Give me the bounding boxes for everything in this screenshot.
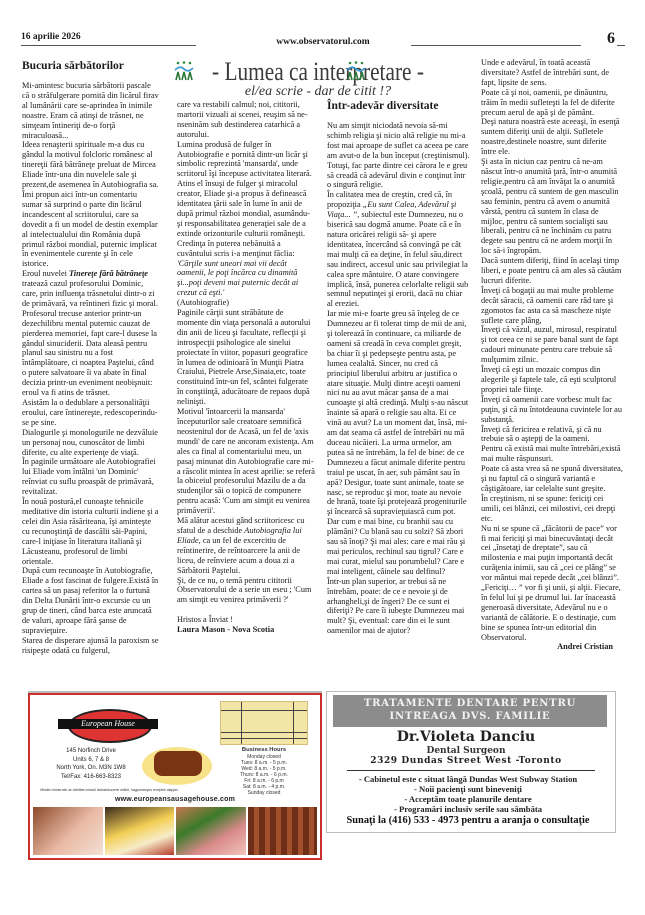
article-title: Într-adevăr diversitate — [327, 100, 470, 113]
paragraph: Credinţa în puterea nebănuită a cuvântul… — [177, 239, 315, 298]
logo-ribbon: European House — [58, 719, 158, 729]
cheese-photo — [105, 807, 175, 855]
text: tratează cazul profesorului Dominic, car… — [22, 279, 158, 308]
paragraph: Starea de disperare ajunsă la paroxism s… — [22, 636, 159, 656]
paragraph: În creştinism, ni se spune: fericiţi cei… — [481, 494, 623, 524]
quote: 'Cărţile sunt uneori mai vii decât oamen… — [177, 259, 298, 298]
spacer — [177, 605, 315, 615]
product-photos — [33, 807, 317, 855]
paragraph: care va restabili calmul; noi, cititorii… — [177, 100, 315, 140]
header-rule-right — [411, 45, 581, 46]
paragraph: Şi, de ce nu, o temă pentru cititorii Ob… — [177, 576, 315, 606]
address-line: North York, On. M3N 1W8 — [36, 764, 146, 773]
paragraph: În paginile următoare ale Autobiografiei… — [22, 457, 159, 497]
paragraph: Eroul nuvelei Tinereţe fără bătrâneţe tr… — [22, 269, 159, 309]
paragraph: Dacă suntem diferiţi, fiind în acelaşi t… — [481, 256, 623, 286]
clinic-address: 2329 Dundas Street West -Toronto — [327, 756, 605, 766]
paragraph: Dialogurile şi monologurile ne dezvăluie… — [22, 428, 159, 458]
article-diversitate-col3: Într-adevăr diversitate Nu am simţit nic… — [327, 100, 470, 636]
paragraph: Înveţi că fericirea e relativă, şi că nu… — [481, 425, 623, 445]
paragraph: Nu am simţit niciodată nevoia să-mi schi… — [327, 121, 470, 190]
section-subtitle: el/ea scrie - dar de citit !? — [168, 84, 468, 100]
small-print: Minden hústernék az üzletben készül tart… — [34, 788, 184, 793]
paragraph: Poate că asta vrea să ne spună diversita… — [481, 464, 623, 494]
page-header: 16 aprilie 2026 www.observatorul.com 6 — [21, 32, 625, 48]
paragraph: Şi asta în niciun caz pentru că ne-am nă… — [481, 157, 623, 256]
article-bucuria-col2: care va restabili calmul; noi, cititorii… — [177, 100, 315, 635]
paragraph: Într-un plan superior, ar trebui să ne î… — [327, 577, 470, 636]
paragraph: Lumina produsă de fulger în Autobiografi… — [177, 140, 315, 180]
author-signature: Laura Mason - Nova Scotia — [177, 625, 315, 635]
location-map — [220, 701, 308, 745]
feature-line: - Cabinetul este c situat lângă Dundas W… — [327, 774, 609, 784]
business-hours: Business Hours Monday closed Tues: 8 a.m… — [218, 747, 310, 796]
paragraph: Îmi propun aici într-un comentariu sumar… — [22, 190, 159, 269]
hours-title: Business Hours — [218, 747, 310, 753]
paragraph: Unde e adevărul, în toată această divers… — [481, 58, 623, 88]
call-to-action-phone[interactable]: Sunaţi la (416) 533 - 4973 pentru a aran… — [327, 815, 609, 826]
feature-line: - Acceptăm toate planurile dentare — [327, 794, 609, 804]
paragraph: Asistăm la o dedublare a personalităţii … — [22, 398, 159, 428]
article-title: Bucuria sărbătorilor — [22, 60, 159, 73]
cold-cuts-photo — [176, 807, 246, 855]
dentist-role: Dental Surgeon — [327, 746, 605, 756]
banner-line: INTREAGA DVS. FAMILIE — [333, 710, 607, 723]
text: Credinţa în puterea nebănuită a cuvântul… — [177, 239, 295, 258]
paragraph: Înveţi că văzul, auzul, mirosul, respira… — [481, 325, 623, 365]
paragraph: Mă alătur acestui gând scriitoricesc cu … — [177, 516, 315, 575]
dental-banner: TRATAMENTE DENTARE PENTRU INTREAGA DVS. … — [333, 695, 607, 727]
text: Eroul nuvelei — [22, 269, 69, 278]
quote-source: (Autobiografie) — [177, 298, 315, 308]
closing-line: Hristos a Înviat ! — [177, 615, 315, 625]
clinic-features: - Cabinetul este c situat lângă Dundas W… — [327, 774, 609, 814]
address-line: Units 6, 7 & 8 — [36, 756, 146, 765]
paragraph: Motivul 'întoarcerii la mansarda' începu… — [177, 407, 315, 516]
section-banner: - Lumea ca interpretare - el/ea scrie - … — [168, 58, 468, 100]
paragraph: „Fericiţi… ” vor fi şi unii, şi alţii. F… — [481, 583, 623, 642]
paragraph: Înveţi că oamenii care vorbesc mult fac … — [481, 395, 623, 425]
phone-line: Tel/Fax: 416-663-8323 — [36, 773, 146, 782]
divider — [347, 770, 595, 771]
page-number: 6 — [607, 30, 615, 48]
paragraph: Iar mie mi-e foarte greu să înţeleg de c… — [327, 309, 470, 576]
feature-line: - Programări inclusiv serile sau sâmbăta — [327, 804, 609, 814]
paragraph: Poate că şi noi, oamenii, pe dinăuntru, … — [481, 88, 623, 118]
paragraph: Profesorul trecuse anterior printr-un de… — [22, 309, 159, 398]
paragraph: Nu ni se spune că „făcătorii de pace” vo… — [481, 524, 623, 583]
sausages-photo — [248, 807, 318, 855]
european-house-logo: European House — [58, 709, 158, 739]
paragraph: Înveţi că bogaţii au mai multe probleme … — [481, 286, 623, 326]
paragraph: În calitatea mea de creştin, cred că, în… — [327, 190, 470, 309]
dentist-name: Dr.Violeta Danciu — [327, 729, 605, 745]
people-group-icon — [345, 60, 367, 82]
sausage-image — [154, 751, 202, 776]
paragraph: Înveţi că eşti un mozaic compus din aleg… — [481, 365, 623, 395]
paragraph: Mi-amintesc bucuria sărbătorii pascale c… — [22, 81, 159, 140]
header-rule-page — [617, 45, 625, 46]
author-signature: Andrei Cristian — [481, 642, 623, 652]
feature-line: - Noii pacienţi sunt bineveniţi — [327, 784, 609, 794]
article-bucuria-col1: Bucuria sărbătorilor Mi-amintesc bucuria… — [22, 60, 159, 656]
paragraph: După cum recunoaşte în Autobiografie, El… — [22, 566, 159, 635]
paragraph: În nouă postură,el cunoaşte tehnicile me… — [22, 497, 159, 566]
article-diversitate-col4: Unde e adevărul, în toată această divers… — [481, 58, 623, 652]
store-website[interactable]: www.europeansausagehouse.com — [30, 796, 320, 803]
ham-photo — [33, 807, 103, 855]
ad-european-house[interactable]: European House 145 Norfinch Drive Units … — [28, 693, 322, 860]
section-title: - Lumea ca interpretare - — [195, 58, 441, 86]
paragraph: Deşi natura noastră este aceeaşi, în ese… — [481, 117, 623, 157]
paragraph: Pentru că există mai multe întrebări,exi… — [481, 444, 623, 464]
paragraph: Ideea renaşterii spirituale m-a dus cu g… — [22, 140, 159, 190]
ad-dental[interactable]: TRATAMENTE DENTARE PENTRU INTREAGA DVS. … — [326, 691, 616, 833]
banner-line: TRATAMENTE DENTARE PENTRU — [333, 697, 607, 710]
address-line: 145 Norfinch Drive — [36, 747, 146, 756]
paragraph: Paginile cărţii sunt străbătute de momen… — [177, 308, 315, 407]
store-address: 145 Norfinch Drive Units 6, 7 & 8 North … — [36, 747, 146, 782]
paragraph: Atins el însuşi de fulger şi miracolul c… — [177, 179, 315, 238]
novella-title: Tinereţe fără bătrâneţe — [69, 269, 148, 278]
text: , subiectul este Dumnezeu, nu o biserică… — [327, 210, 468, 308]
